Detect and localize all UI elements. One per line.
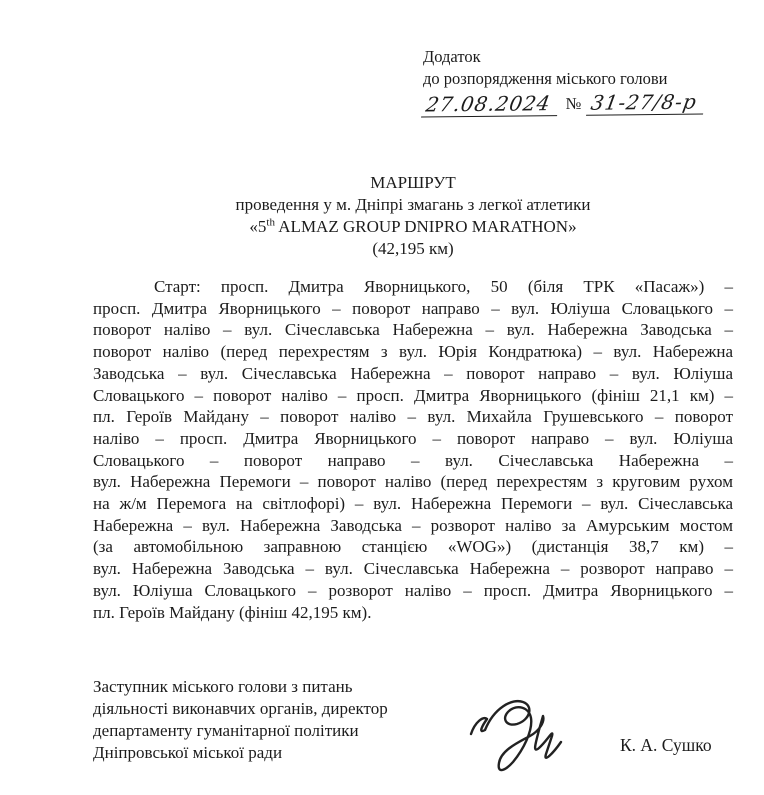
appendix-header: Додаток до розпорядження міського голови… [423,46,705,116]
route-line: поворот наліво (перед перехрестям з вул.… [93,341,733,363]
route-line: на ж/м Перемога на світлофорі) – вул. На… [93,493,733,515]
route-line: вул. Набережна Перемоги – поворот наліво… [93,471,733,493]
number-sign: № [565,92,581,116]
route-line: Набережна – вул. Набережна Заводська – р… [93,515,733,537]
position-line: Дніпровської міської ради [93,742,463,764]
title-event-name: «5th ALMAZ GROUP DNIPRO MARATHON» [93,216,733,238]
position-line: Заступник міського голови з питань [93,676,463,698]
route-line: наліво – просп. Дмитра Яворницького – по… [93,428,733,450]
signatory-position: Заступник міського голови з питань діяль… [93,676,463,764]
route-paragraph: Старт: просп. Дмитра Яворницького, 50 (б… [93,276,733,623]
date-number-line: 27.08.2024 № 31-27/8-р [423,91,705,118]
route-line: вул. Юліуша Словацького – розворот налів… [93,580,733,602]
route-line: поворот наліво – вул. Січеславська Набер… [93,319,733,341]
route-line: Старт: просп. Дмитра Яворницького, 50 (б… [93,276,733,298]
event-name-rest: ALMAZ GROUP DNIPRO MARATHON» [275,217,577,236]
appendix-label: Додаток [423,46,705,68]
position-line: діяльності виконавчих органів, директор [93,698,463,720]
title-distance: (42,195 км) [93,238,733,260]
signatory-name: К. А. Сушко [620,735,712,756]
document-page: Додаток до розпорядження міського голови… [0,0,764,795]
route-line: Словацького – поворот наліво – просп. Дм… [93,385,733,407]
route-line: Словацького – поворот направо – вул. Січ… [93,450,733,472]
route-line: пл. Героїв Майдану – поворот наліво – ву… [93,406,733,428]
event-name-ordinal-suffix: th [266,216,275,228]
handwritten-date: 27.08.2024 [421,92,560,117]
title-subtitle: проведення у м. Дніпрі змагань з легкої … [93,194,733,216]
route-line: пл. Героїв Майдану (фініш 42,195 км). [93,602,733,624]
event-name-prefix: «5 [249,217,266,236]
route-line: вул. Набережна Заводська – вул. Січеслав… [93,558,733,580]
route-line: Заводська – вул. Січеславська Набережна … [93,363,733,385]
route-line: просп. Дмитра Яворницького – поворот нап… [93,298,733,320]
signature-scribble [466,690,578,795]
position-line: департаменту гуманітарної політики [93,720,463,742]
document-title: МАРШРУТ проведення у м. Дніпрі змагань з… [93,172,733,260]
route-line: (за автомобільною заправною станцією «WO… [93,536,733,558]
handwritten-number: 31-27/8-р [586,91,707,116]
title-word: МАРШРУТ [93,172,733,194]
appendix-reference: до розпорядження міського голови [423,68,705,90]
